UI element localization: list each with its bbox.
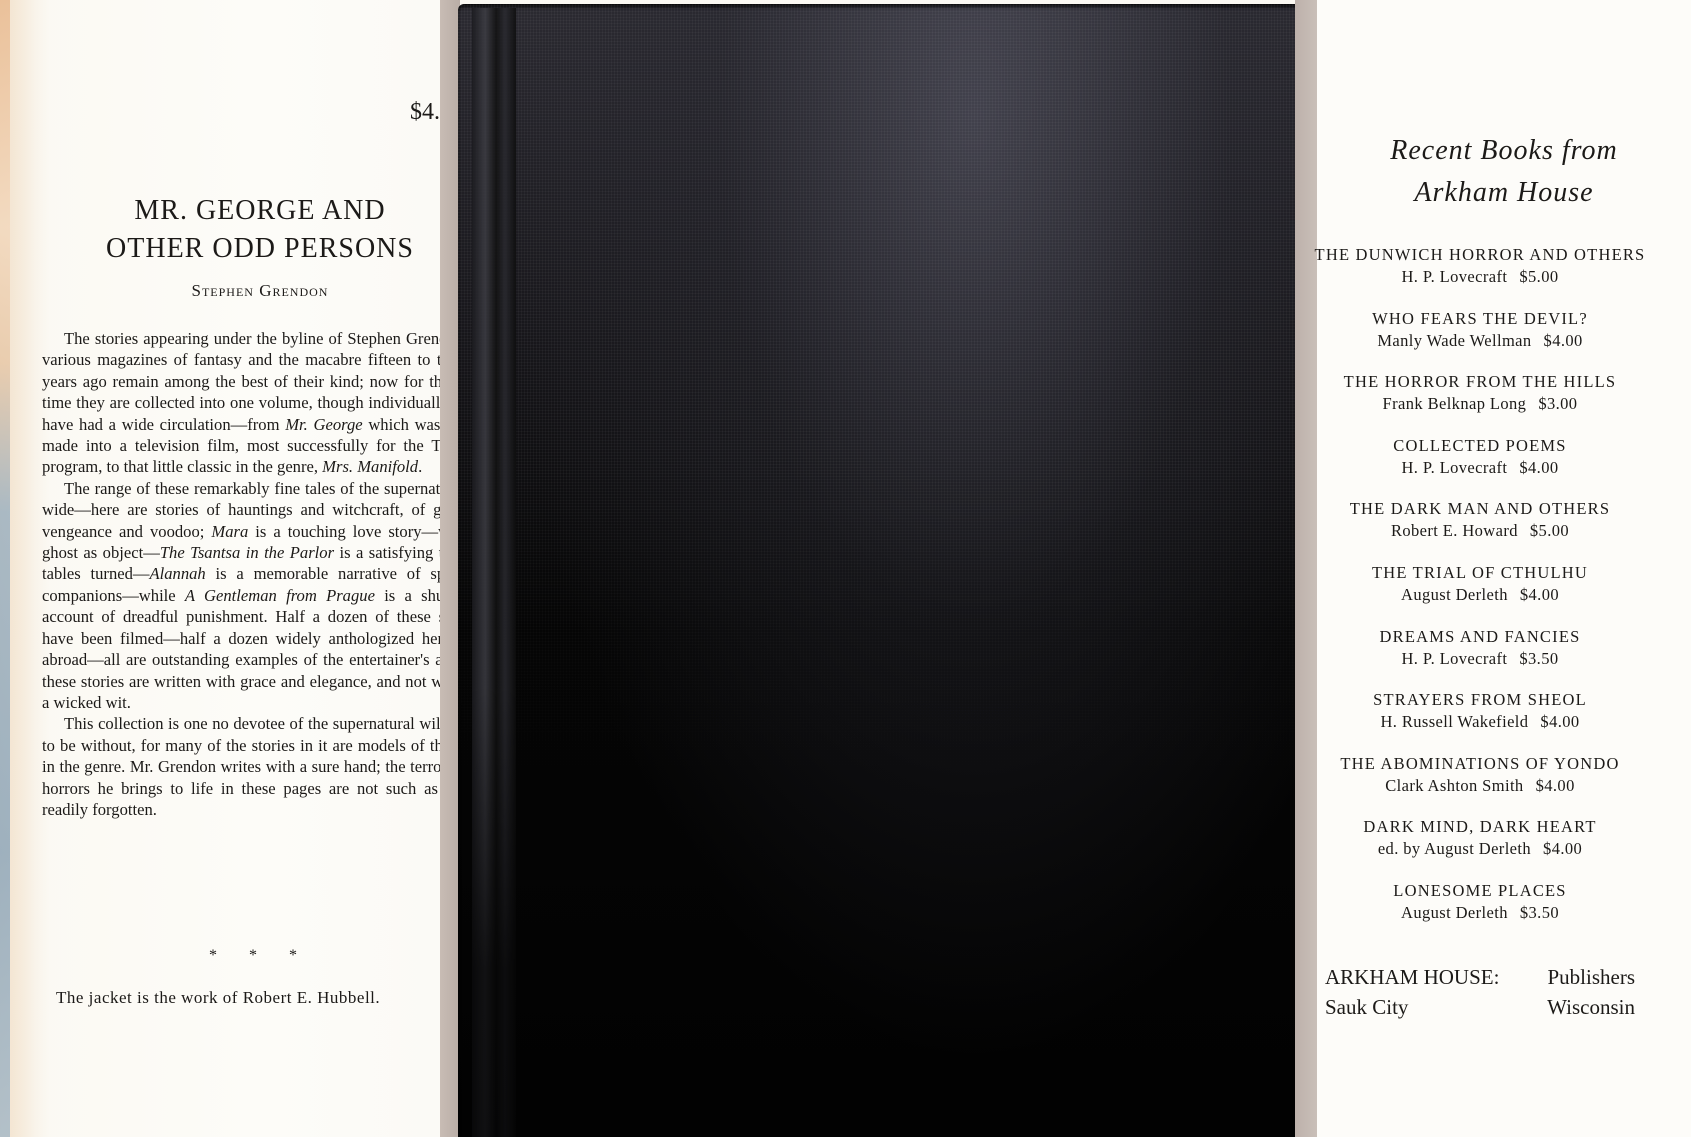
section-separator: * * * [200, 947, 320, 965]
listed-book-meta: Robert E. Howard$5.00 [1300, 520, 1660, 542]
listed-book-author: H. P. Lovecraft [1401, 267, 1507, 286]
listed-book-title: THE ABOMINATIONS OF YONDO [1300, 753, 1660, 775]
blurb-text: This collection is one no devotee of the… [42, 714, 482, 819]
book-title: MR. GEORGE AND OTHER ODD PERSONS [60, 192, 460, 268]
publisher-imprint: ARKHAM HOUSE: Publishers Sauk City Wisco… [1325, 962, 1635, 1022]
listed-book-meta: H. P. Lovecraft$5.00 [1300, 266, 1660, 288]
book-title-line-1: MR. GEORGE AND [60, 192, 460, 230]
listed-book-price: $3.50 [1519, 649, 1558, 668]
listed-book-author: Clark Ashton Smith [1385, 776, 1523, 795]
recent-books-heading-line-2: Arkham House [1317, 172, 1691, 214]
blurb-paragraph: The range of these remarkably fine tales… [42, 478, 482, 713]
listed-book-title: THE DUNWICH HORROR AND OTHERS [1300, 244, 1660, 266]
listed-book-author: H. P. Lovecraft [1401, 649, 1507, 668]
recent-books-heading: Recent Books from Arkham House [1317, 130, 1691, 214]
story-title: The Tsantsa in the Parlor [160, 543, 334, 562]
listed-book-author: August Derleth [1401, 903, 1508, 922]
page-edge-shadow-left [440, 0, 460, 1137]
listed-book-meta: Frank Belknap Long$3.00 [1300, 393, 1660, 415]
book-list-item: THE HORROR FROM THE HILLSFrank Belknap L… [1300, 371, 1660, 435]
listed-book-author: Frank Belknap Long [1383, 394, 1527, 413]
listed-book-meta: Clark Ashton Smith$4.00 [1300, 775, 1660, 797]
story-title: A Gentleman from Prague [185, 586, 375, 605]
jacket-art-edge [0, 0, 10, 1137]
listed-book-price: $4.00 [1520, 585, 1559, 604]
listed-book-title: THE DARK MAN AND OTHERS [1300, 498, 1660, 520]
book-list-item: DARK MIND, DARK HEARTed. by August Derle… [1300, 816, 1660, 880]
listed-book-price: $4.00 [1536, 776, 1575, 795]
publisher-state: Wisconsin [1547, 992, 1635, 1022]
listed-book-title: WHO FEARS THE DEVIL? [1300, 308, 1660, 330]
blurb-paragraph: This collection is one no devotee of the… [42, 713, 482, 820]
book-hinge [472, 8, 516, 1137]
story-title: Alannah [150, 564, 206, 583]
listed-book-meta: H. Russell Wakefield$4.00 [1300, 711, 1660, 733]
publisher-name: ARKHAM HOUSE: [1325, 962, 1499, 992]
listed-book-meta: Manly Wade Wellman$4.00 [1300, 330, 1660, 352]
jacket-credit: The jacket is the work of Robert E. Hubb… [56, 988, 380, 1008]
listed-book-title: LONESOME PLACES [1300, 880, 1660, 902]
listed-book-author: August Derleth [1401, 585, 1508, 604]
book-list-item: STRAYERS FROM SHEOLH. Russell Wakefield$… [1300, 689, 1660, 753]
listed-book-price: $5.00 [1519, 267, 1558, 286]
story-title: Mr. George [285, 415, 362, 434]
listed-book-title: STRAYERS FROM SHEOL [1300, 689, 1660, 711]
cloth-texture [458, 4, 1318, 1137]
book-list-item: LONESOME PLACESAugust Derleth$3.50 [1300, 880, 1660, 944]
book-list-item: WHO FEARS THE DEVIL?Manly Wade Wellman$4… [1300, 308, 1660, 372]
listed-book-author: H. Russell Wakefield [1380, 712, 1528, 731]
listed-book-price: $5.00 [1530, 521, 1569, 540]
listed-book-author: Robert E. Howard [1391, 521, 1518, 540]
book-list-item: THE TRIAL OF CTHULHUAugust Derleth$4.00 [1300, 562, 1660, 626]
listed-book-meta: August Derleth$4.00 [1300, 584, 1660, 606]
book-list-item: THE DUNWICH HORROR AND OTHERSH. P. Lovec… [1300, 244, 1660, 308]
publisher-role: Publishers [1547, 962, 1635, 992]
listed-book-author: Manly Wade Wellman [1377, 331, 1531, 350]
recent-books-list: THE DUNWICH HORROR AND OTHERSH. P. Lovec… [1300, 244, 1660, 944]
story-title: Mara [211, 522, 248, 541]
listed-book-price: $3.00 [1538, 394, 1577, 413]
book-list-item: THE ABOMINATIONS OF YONDOClark Ashton Sm… [1300, 753, 1660, 817]
story-title: Mrs. Manifold [322, 457, 418, 476]
listed-book-meta: August Derleth$3.50 [1300, 902, 1660, 924]
book-author: Stephen Grendon [60, 281, 460, 301]
book-with-dust-jacket-photo: $4.00 MR. GEORGE AND OTHER ODD PERSONS S… [0, 0, 1691, 1137]
listed-book-title: DREAMS AND FANCIES [1300, 626, 1660, 648]
listed-book-title: THE HORROR FROM THE HILLS [1300, 371, 1660, 393]
recent-books-heading-line-1: Recent Books from [1317, 130, 1691, 172]
blurb-text: . [418, 457, 422, 476]
listed-book-title: COLLECTED POEMS [1300, 435, 1660, 457]
listed-book-price: $4.00 [1543, 839, 1582, 858]
listed-book-meta: ed. by August Derleth$4.00 [1300, 838, 1660, 860]
listed-book-title: THE TRIAL OF CTHULHU [1300, 562, 1660, 584]
book-list-item: THE DARK MAN AND OTHERSRobert E. Howard$… [1300, 498, 1660, 562]
blurb-paragraph: The stories appearing under the byline o… [42, 328, 482, 478]
listed-book-price: $4.00 [1519, 458, 1558, 477]
listed-book-author: ed. by August Derleth [1378, 839, 1531, 858]
book-list-item: DREAMS AND FANCIESH. P. Lovecraft$3.50 [1300, 626, 1660, 690]
black-book-board [458, 4, 1318, 1137]
listed-book-author: H. P. Lovecraft [1401, 458, 1507, 477]
listed-book-price: $3.50 [1520, 903, 1559, 922]
listed-book-title: DARK MIND, DARK HEART [1300, 816, 1660, 838]
book-list-item: COLLECTED POEMSH. P. Lovecraft$4.00 [1300, 435, 1660, 499]
listed-book-meta: H. P. Lovecraft$3.50 [1300, 648, 1660, 670]
listed-book-price: $4.00 [1544, 331, 1583, 350]
publisher-city: Sauk City [1325, 992, 1408, 1022]
flap-blurb: The stories appearing under the byline o… [42, 328, 482, 820]
listed-book-meta: H. P. Lovecraft$4.00 [1300, 457, 1660, 479]
listed-book-price: $4.00 [1540, 712, 1579, 731]
book-title-line-2: OTHER ODD PERSONS [60, 230, 460, 268]
